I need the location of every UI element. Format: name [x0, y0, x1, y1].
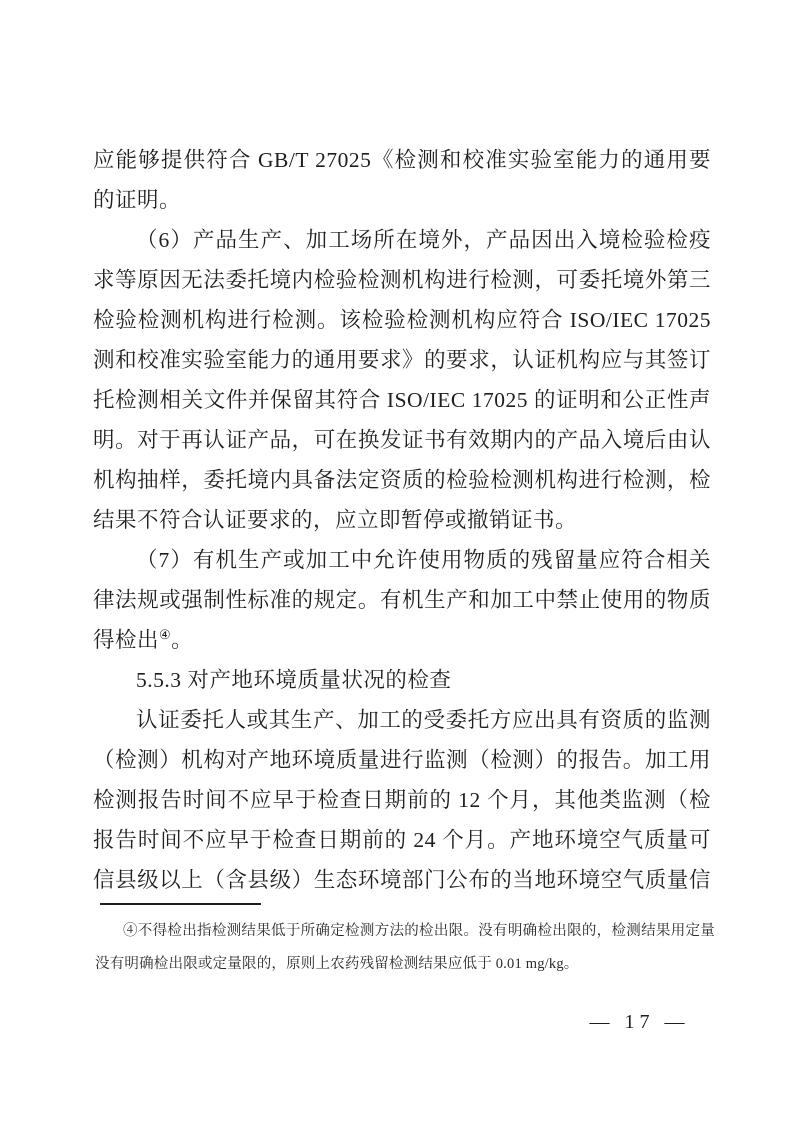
document-page: 应能够提供符合 GB/T 27025《检测和校准实验室能力的通用要求》 的证明。… — [0, 0, 794, 1123]
body-line: 检验检测机构进行检测。该检验检测机构应符合 ISO/IEC 17025《检 — [93, 300, 711, 340]
body-line: 的证明。 — [93, 180, 711, 220]
footnote-line: 没有明确检出限或定量限的，原则上农药残留检测结果应低于 0.01 mg/kg。 — [95, 948, 715, 981]
body-line: 认证委托人或其生产、加工的受委托方应出具有资质的监测 — [93, 700, 711, 740]
body-line: 应能够提供符合 GB/T 27025《检测和校准实验室能力的通用要求》 — [93, 140, 711, 180]
footnote-separator — [100, 903, 261, 905]
body-line: （检测）机构对产地环境质量进行监测（检测）的报告。加工用水 — [93, 740, 711, 780]
body-line-punct: 。 — [171, 628, 193, 652]
body-text-block: 应能够提供符合 GB/T 27025《检测和校准实验室能力的通用要求》 的证明。… — [93, 140, 711, 900]
body-line-item-7: （7）有机生产或加工中允许使用物质的残留量应符合相关法 — [93, 540, 711, 580]
body-line: 机构抽样，委托境内具备法定资质的检验检测机构进行检测，检测 — [93, 460, 711, 500]
body-line: 报告时间不应早于检查日期前的 24 个月。产地环境空气质量可采 — [93, 820, 711, 860]
page-number: — 17 — — [557, 1007, 722, 1037]
footnote-line: ④不得检出指检测结果低于所确定检测方法的检出限。没有明确检出限的，检测结果用定量… — [95, 915, 715, 948]
body-line: 结果不符合认证要求的，应立即暂停或撤销证书。 — [93, 500, 711, 540]
body-line-item-6: （6）产品生产、加工场所在境外，产品因出入境检验检疫要 — [93, 220, 711, 260]
body-line: 求等原因无法委托境内检验检测机构进行检测，可委托境外第三方 — [93, 260, 711, 300]
body-line-with-footnote-ref: 得检出④。 — [93, 620, 711, 660]
footnote-reference-mark: ④ — [159, 627, 171, 642]
body-line: 托检测相关文件并保留其符合 ISO/IEC 17025 的证明和公正性声 — [93, 380, 711, 420]
body-line: 检测报告时间不应早于检查日期前的 12 个月，其他类监测（检测） — [93, 780, 711, 820]
body-line: 律法规或强制性标准的规定。有机生产和加工中禁止使用的物质不 — [93, 580, 711, 620]
footnote-block: ④不得检出指检测结果低于所确定检测方法的检出限。没有明确检出限的，检测结果用定量… — [95, 915, 715, 981]
body-line: 信县级以上（含县级）生态环境部门公布的当地环境空气质量信息 — [93, 860, 711, 900]
body-line: 测和校准实验室能力的通用要求》的要求，认证机构应与其签订委 — [93, 340, 711, 380]
body-line-text: 得检出 — [93, 628, 159, 652]
section-heading-5-5-3: 5.5.3 对产地环境质量状况的检查 — [93, 660, 711, 700]
body-line: 明。对于再认证产品，可在换发证书有效期内的产品入境后由认证 — [93, 420, 711, 460]
